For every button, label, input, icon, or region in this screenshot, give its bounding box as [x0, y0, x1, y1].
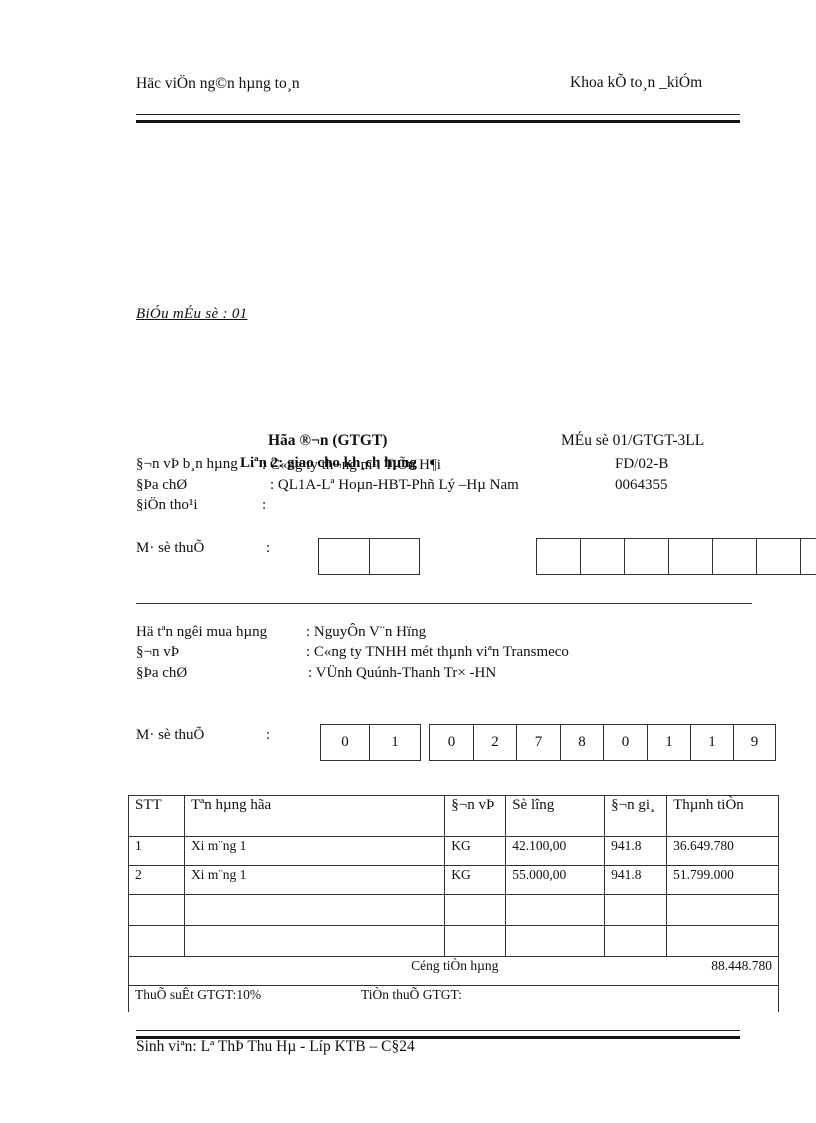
table-cell: 51.799.000	[667, 866, 779, 895]
buyer-tax-boxes-group1: 01	[320, 724, 421, 761]
tax-digit-box: 1	[369, 724, 421, 761]
table-cell	[506, 895, 605, 926]
seller-tax-boxes-group2	[536, 538, 816, 575]
seller-address-value: : QL1A-L­ª Hoµn-HBT-Phñ Lý –Hµ Nam	[270, 477, 519, 494]
seller-unit-label: §¬n vÞ b¸n hµng	[136, 456, 238, 473]
buyer-address-label: §Þa chØ	[136, 665, 187, 682]
tax-digit-box	[668, 538, 712, 575]
tax-rate-label: ThuÕ suÊt GTGT:10%	[135, 987, 361, 1003]
table-cell	[605, 926, 667, 957]
buyer-address-value: : VÜnh Quúnh-Thanh Tr× -HN	[308, 665, 496, 682]
table-cell	[184, 895, 444, 926]
footer-student: Sinh viªn: Lª ThÞ Thu Hµ - Líp KTB – C§2…	[136, 1038, 415, 1056]
table-header-row: STTTªn hµng hãa§¬n vÞSè l­îng§¬n gi¸Thµn…	[129, 796, 779, 837]
table-row: 2Xi m¨ng 1KG55.000,00941.851.799.000	[129, 866, 779, 895]
header-department: Khoa kÕ to¸n _kiÓm	[570, 74, 702, 92]
table-row	[129, 926, 779, 957]
tax-digit-box: 8	[560, 724, 603, 761]
header-institution: Häc viÖn ng©n hµng to¸n	[136, 74, 336, 94]
table-cell: KG	[445, 837, 506, 866]
tax-digit-box: 0	[320, 724, 369, 761]
table-cell	[445, 895, 506, 926]
table-cell	[129, 926, 185, 957]
header-rule	[136, 114, 740, 123]
total-value: 88.448.780	[667, 957, 779, 986]
form-number: MÉu sè 01/GTGT-3LL	[561, 432, 704, 450]
invoice-number: 0064355	[615, 477, 668, 494]
form-caption: BiÓu mÉu sè : 01	[136, 306, 247, 323]
invoice-series: FD/02-B	[615, 456, 668, 473]
table-cell: 55.000,00	[506, 866, 605, 895]
table-cell: 36.649.780	[667, 837, 779, 866]
tax-digit-box: 9	[733, 724, 776, 761]
table-tax-row: ThuÕ suÊt GTGT:10%TiÒn thuÕ GTGT:	[129, 986, 779, 1013]
table-cell	[445, 926, 506, 957]
tax-digit-box	[536, 538, 580, 575]
tax-cell: ThuÕ suÊt GTGT:10%TiÒn thuÕ GTGT:	[129, 986, 779, 1013]
tax-digit-box	[580, 538, 624, 575]
total-label: Céng tiÒn hµng	[129, 957, 667, 986]
table-cell: §¬n vÞ	[445, 796, 506, 837]
tax-digit-box: 0	[603, 724, 647, 761]
table-cell: Xi m¨ng 1	[184, 866, 444, 895]
buyer-name-label: Hä tªn ng­êi mua hµng	[136, 624, 267, 641]
buyer-tax-label: M· sè thuÕ	[136, 727, 204, 744]
table-cell	[667, 926, 779, 957]
table-cell	[506, 926, 605, 957]
table-row: 1Xi m¨ng 1KG42.100,00941.836.649.780	[129, 837, 779, 866]
table-cell: 42.100,00	[506, 837, 605, 866]
tax-digit-box: 2	[473, 724, 516, 761]
seller-phone-value: :	[262, 497, 266, 514]
table-cell	[605, 895, 667, 926]
tax-digit-box: 1	[647, 724, 690, 761]
table-cell: §¬n gi¸	[605, 796, 667, 837]
seller-tax-colon: :	[266, 540, 270, 557]
table-cell: Xi m¨ng 1	[184, 837, 444, 866]
tax-amount-label: TiÒn thuÕ GTGT:	[361, 987, 462, 1002]
tax-digit-box	[756, 538, 800, 575]
table-cell: 941.8	[605, 866, 667, 895]
table-cell: Thµnh tiÒn	[667, 796, 779, 837]
section-divider	[136, 603, 752, 604]
table-cell: 941.8	[605, 837, 667, 866]
tax-digit-box: 0	[429, 724, 473, 761]
table-cell: Sè l­îng	[506, 796, 605, 837]
invoice-title: Hãa ®¬n (GTGT)	[268, 432, 387, 450]
buyer-unit-label: §¬n vÞ	[136, 644, 179, 661]
buyer-name-value: : NguyÔn V¨n Hïng	[306, 624, 426, 641]
seller-tax-label: M· sè thuÕ	[136, 540, 204, 557]
tax-digit-box: 7	[516, 724, 560, 761]
table-cell: Tªn hµng hãa	[184, 796, 444, 837]
tax-digit-box: 1	[690, 724, 733, 761]
buyer-tax-boxes-group2: 02780119	[429, 724, 776, 761]
invoice-items-table: STTTªn hµng hãa§¬n vÞSè l­îng§¬n gi¸Thµn…	[128, 795, 779, 1012]
table-cell: KG	[445, 866, 506, 895]
tax-digit-box	[318, 538, 369, 575]
seller-phone-label: §iÖn tho¹i	[136, 497, 198, 514]
seller-address-label: §Þa chØ	[136, 477, 187, 494]
table-cell	[667, 895, 779, 926]
table-cell: 2	[129, 866, 185, 895]
tax-digit-box	[712, 538, 756, 575]
buyer-tax-colon: :	[266, 727, 270, 744]
table-cell: STT	[129, 796, 185, 837]
tax-digit-box	[800, 538, 816, 575]
tax-digit-box	[369, 538, 420, 575]
table-cell	[184, 926, 444, 957]
buyer-unit-value: : C«ng ty TNHH mét thµnh viªn Transmeco	[306, 644, 569, 661]
table-cell: 1	[129, 837, 185, 866]
table-cell	[129, 895, 185, 926]
seller-unit-value: : C«ng ty th­¬ng m¹i TiÕn H¶i	[262, 457, 441, 474]
table-total-row: Céng tiÒn hµng88.448.780	[129, 957, 779, 986]
seller-tax-boxes-group1	[318, 538, 420, 575]
tax-digit-box	[624, 538, 668, 575]
table-row	[129, 895, 779, 926]
